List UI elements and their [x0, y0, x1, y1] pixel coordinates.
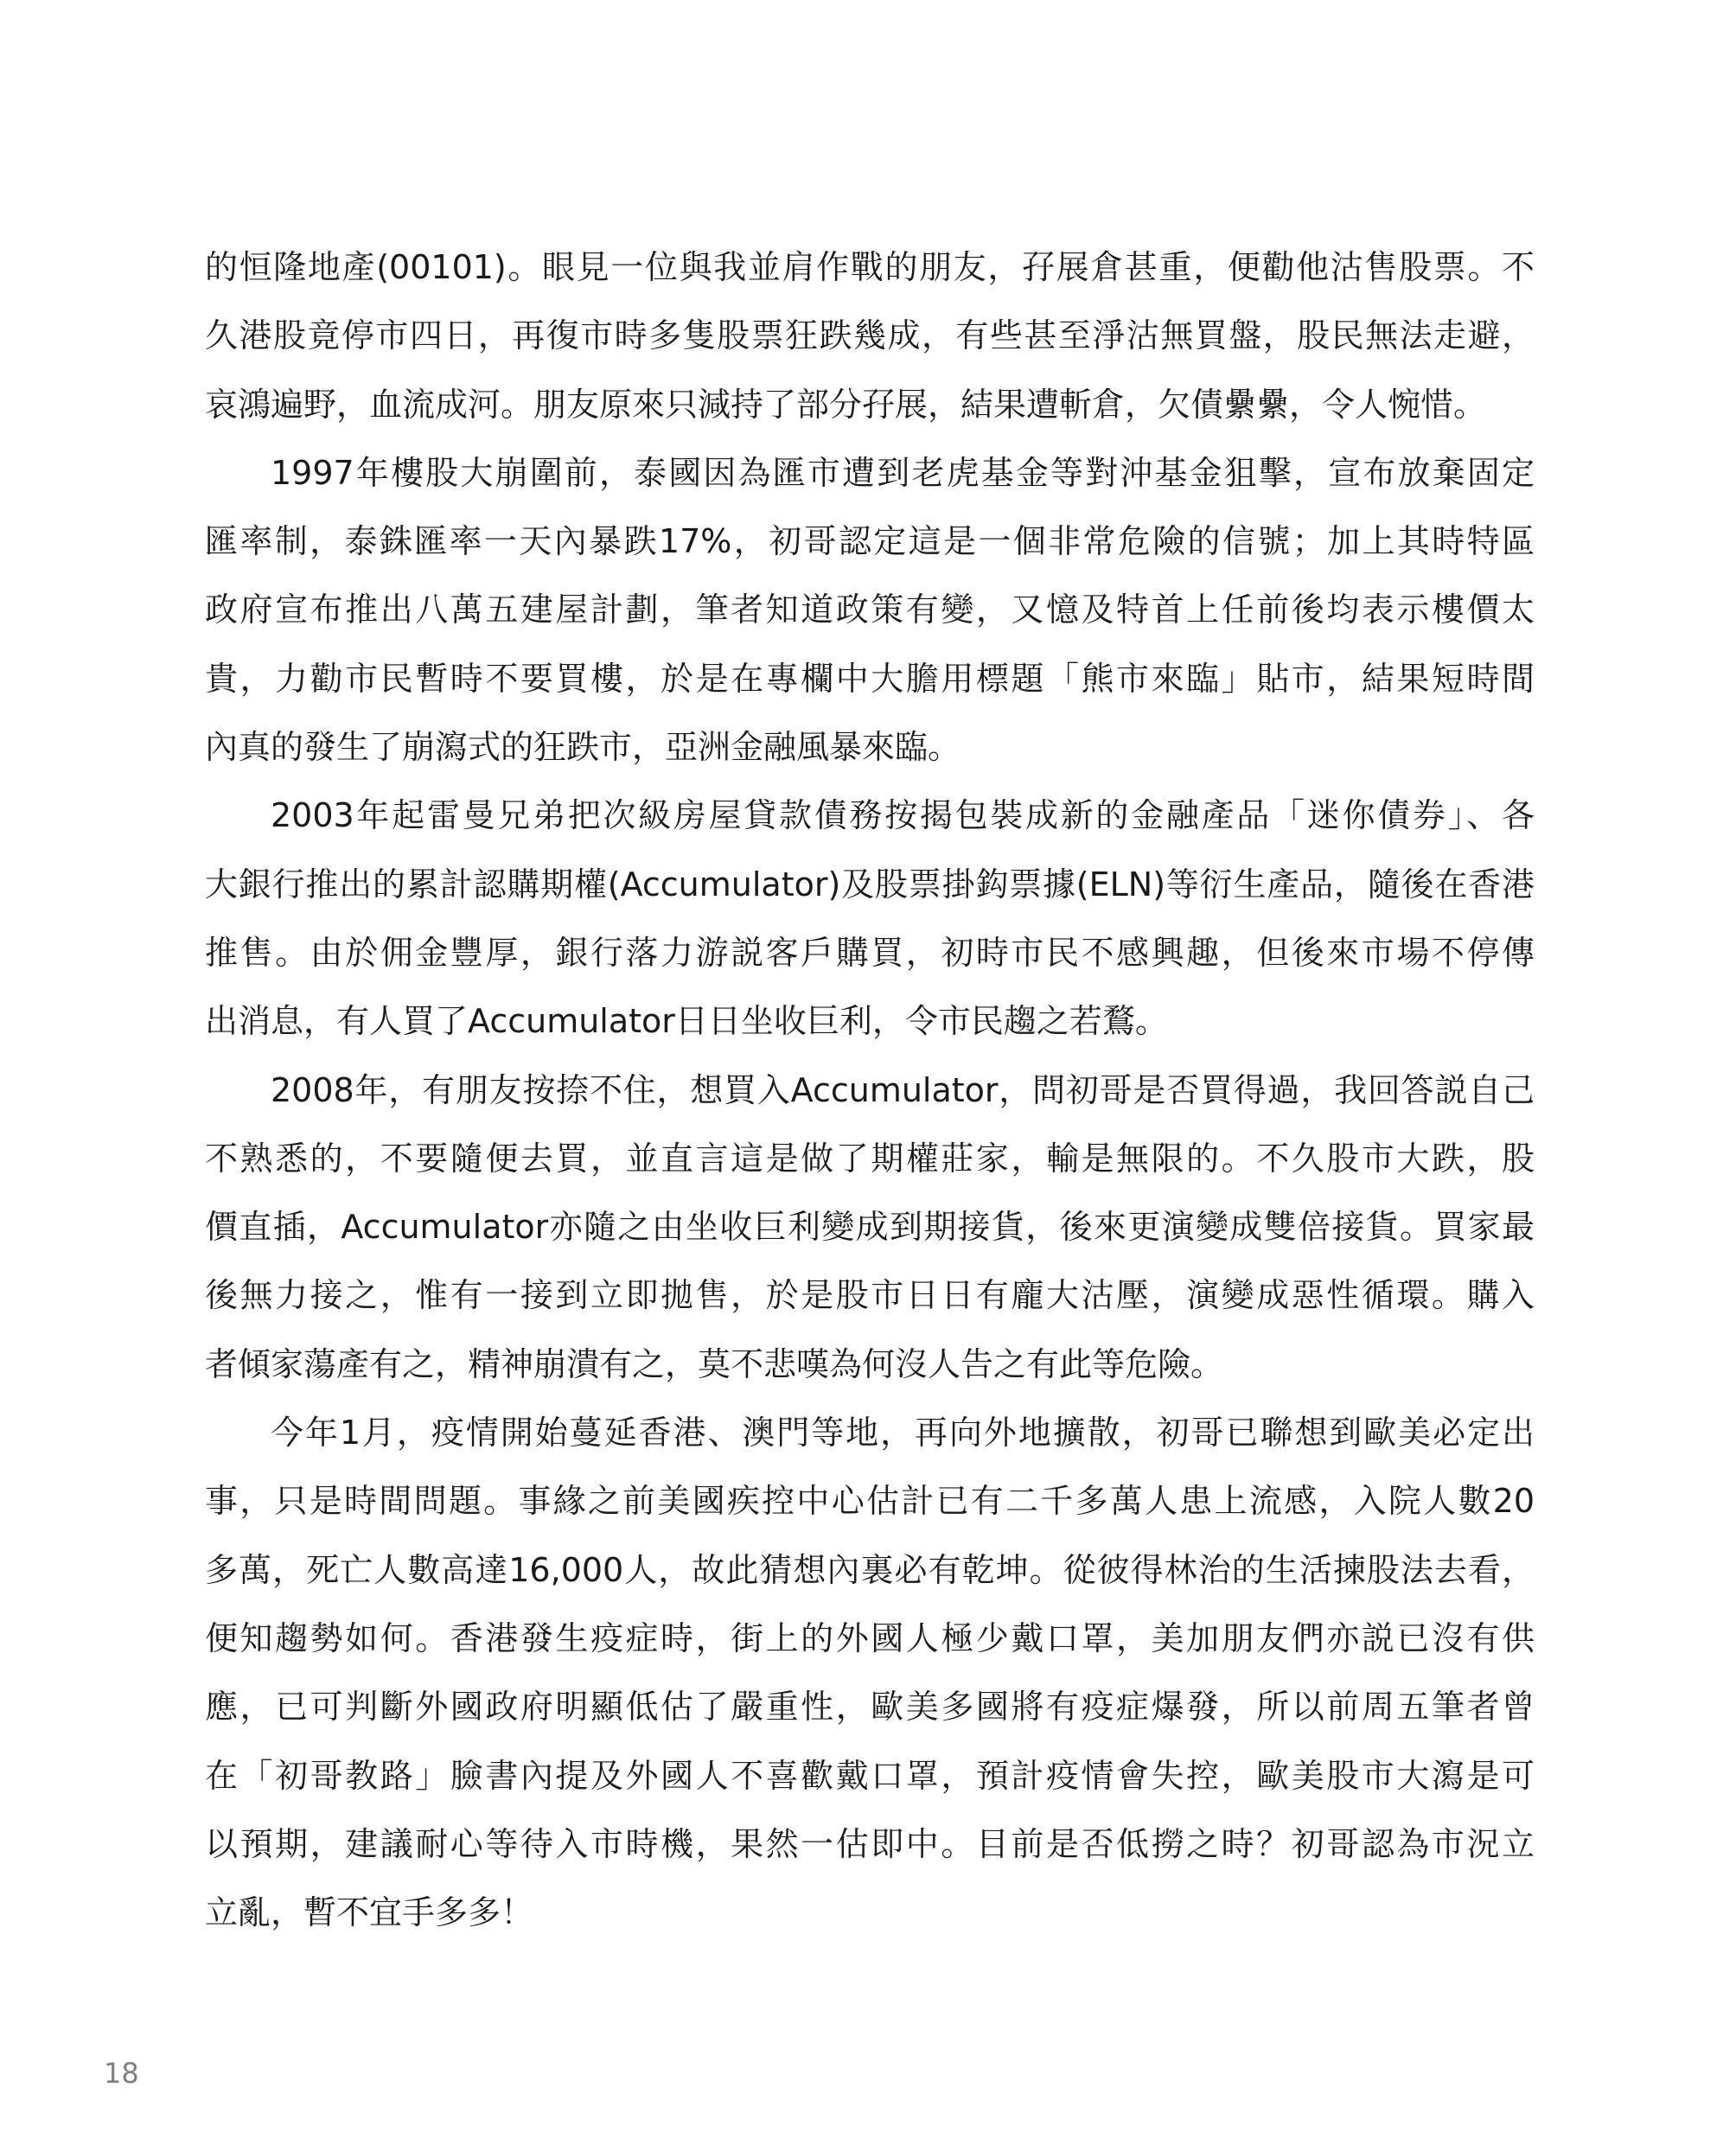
text-line: 的恒隆地產(00101)。眼見一位與我並肩作戰的朋友，孖展倉甚重，便勸他沽售股票… [205, 233, 1535, 302]
text-line: 後無力接之，惟有一接到立即拋售，於是股市日日有龐大沽壓，演變成惡性循環。購入 [205, 1261, 1535, 1330]
text-line: 1997年樓股大崩圍前，泰國因為匯市遭到老虎基金等對沖基金狙擊，宣布放棄固定 [205, 439, 1535, 508]
text-line: 政府宣布推出八萬五建屋計劃，筆者知道政策有變，又憶及特首上任前後均表示樓價太 [205, 576, 1535, 644]
paragraph: 1997年樓股大崩圍前，泰國因為匯市遭到老虎基金等對沖基金狙擊，宣布放棄固定匯率… [205, 439, 1535, 782]
text-line: 以預期，建議耐心等待入市時機，果然一估即中。目前是否低撈之時？初哥認為市況立 [205, 1810, 1535, 1879]
paragraph: 今年1月，疫情開始蔓延香港、澳門等地，再向外地擴散，初哥已聯想到歐美必定出事，只… [205, 1399, 1535, 1947]
page-number: 18 [104, 2059, 139, 2087]
text-line: 者傾家蕩產有之，精神崩潰有之，莫不悲嘆為何沒人告之有此等危險。 [205, 1331, 1535, 1399]
text-line: 匯率制，泰銖匯率一天內暴跌17%，初哥認定這是一個非常危險的信號；加上其時特區 [205, 508, 1535, 576]
text-line: 2003年起雷曼兄弟把次級房屋貸款債務按揭包裝成新的金融產品「迷你債券」、各 [205, 782, 1535, 850]
text-line: 貴，力勸市民暫時不要買樓，於是在專欄中大膽用標題「熊市來臨」貼市，結果短時間 [205, 645, 1535, 713]
text-line: 事，只是時間問題。事緣之前美國疾控中心估計已有二千多萬人患上流感，入院人數20 [205, 1467, 1535, 1535]
book-page: 的恒隆地產(00101)。眼見一位與我並肩作戰的朋友，孖展倉甚重，便勸他沽售股票… [0, 0, 1736, 2145]
text-line: 哀鴻遍野，血流成河。朋友原來只減持了部分孖展，結果遭斬倉，欠債纍纍，令人惋惜。 [205, 371, 1535, 439]
paragraph: 2008年，有朋友按捺不住，想買入Accumulator，問初哥是否買得過，我回… [205, 1057, 1535, 1399]
text-line: 在「初哥教路」臉書內提及外國人不喜歡戴口罩，預計疫情會失控，歐美股市大瀉是可 [205, 1742, 1535, 1810]
text-line: 出消息，有人買了Accumulator日日坐收巨利，令市民趨之若鶩。 [205, 987, 1535, 1056]
paragraph: 的恒隆地產(00101)。眼見一位與我並肩作戰的朋友，孖展倉甚重，便勸他沽售股票… [205, 233, 1535, 439]
text-line: 推售。由於佣金豐厚，銀行落力游説客戶購買，初時市民不感興趣，但後來市場不停傳 [205, 919, 1535, 987]
text-line: 多萬，死亡人數高達16,000人，故此猜想內裏必有乾坤。從彼得林治的生活揀股法去… [205, 1536, 1535, 1605]
text-line: 便知趨勢如何。香港發生疫症時，街上的外國人極少戴口罩，美加朋友們亦説已沒有供 [205, 1605, 1535, 1673]
text-line: 大銀行推出的累計認購期權(Accumulator)及股票掛鈎票據(ELN)等衍生… [205, 851, 1535, 919]
text-line: 久港股竟停市四日，再復市時多隻股票狂跌幾成，有些甚至淨沽無買盤，股民無法走避， [205, 302, 1535, 370]
text-line: 不熟悉的，不要隨便去買，並直言這是做了期權莊家，輸是無限的。不久股市大跌，股 [205, 1125, 1535, 1193]
text-line: 應，已可判斷外國政府明顯低估了嚴重性，歐美多國將有疫症爆發，所以前周五筆者曾 [205, 1673, 1535, 1741]
body-text: 的恒隆地產(00101)。眼見一位與我並肩作戰的朋友，孖展倉甚重，便勸他沽售股票… [205, 233, 1535, 1947]
text-line: 立亂，暫不宜手多多！ [205, 1879, 1535, 1947]
text-line: 今年1月，疫情開始蔓延香港、澳門等地，再向外地擴散，初哥已聯想到歐美必定出 [205, 1399, 1535, 1467]
text-line: 價直插，Accumulator亦隨之由坐收巨利變成到期接貨，後來更演變成雙倍接貨… [205, 1193, 1535, 1261]
paragraph: 2003年起雷曼兄弟把次級房屋貸款債務按揭包裝成新的金融產品「迷你債券」、各大銀… [205, 782, 1535, 1056]
text-line: 2008年，有朋友按捺不住，想買入Accumulator，問初哥是否買得過，我回… [205, 1057, 1535, 1125]
text-line: 內真的發生了崩瀉式的狂跌市，亞洲金融風暴來臨。 [205, 713, 1535, 782]
